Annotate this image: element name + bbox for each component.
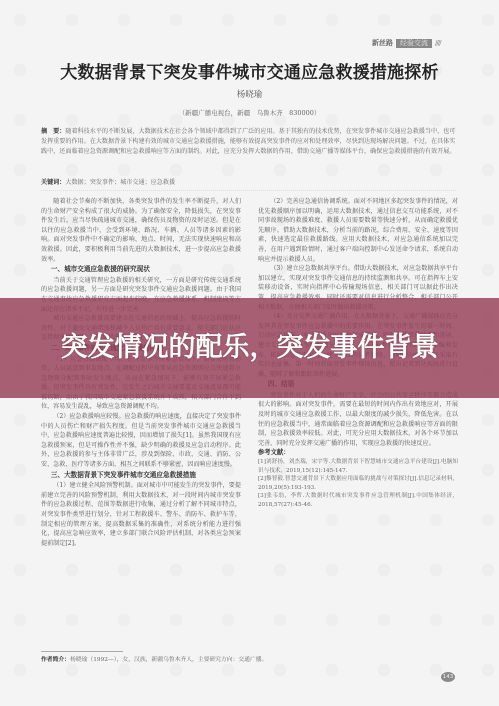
keywords: 关键词：大数据；突发事件；城市交通；应急救援 bbox=[41, 177, 456, 186]
footnote-text: 杨晓瑜（1992—），女，汉族，新疆乌鲁木齐人，主要研究方向：交通广播。 bbox=[70, 657, 267, 663]
paragraph: （2）应急救援响应较慢。应急救援的响应速度，直接决定了突发事件中的人员伤亡和财产… bbox=[41, 412, 241, 470]
footnote-divider bbox=[41, 651, 123, 652]
reference-item: [3]张韦翁，李哲.大数据时代城市突发事件应急管理机制[J].中国集体经济，20… bbox=[258, 492, 458, 509]
header-divider bbox=[41, 190, 456, 191]
article-title: 大数据背景下突发事件城市交通应急救援措施探析 bbox=[0, 58, 499, 83]
author-bio-footnote: 作者简介：杨晓瑜（1992—），女，汉族，新疆乌鲁木齐人，主要研究方向：交通广播… bbox=[41, 654, 461, 663]
abstract-label: 摘 要： bbox=[41, 128, 65, 135]
section-label: 经验交流 bbox=[396, 39, 432, 48]
banner-headline: 突发情况的配乐，突发事件背景 bbox=[40, 331, 460, 365]
abstract-text: 随着科技水平的不断发展，大数据技术在社会各个领域中都得到了广泛的应用。基于其独有… bbox=[41, 128, 455, 155]
footnote-label: 作者简介： bbox=[41, 657, 70, 663]
section-heading: 一、城市交通应急救援的研究现状 bbox=[41, 265, 241, 275]
references-heading: 参考文献： bbox=[258, 448, 458, 458]
abstract: 摘 要：随着科技水平的不断发展，大数据技术在社会各个领域中都得到了广泛的应用。基… bbox=[41, 127, 456, 158]
paragraph: （1）建立健全风险预警机制。面对城市中可能发生的突发事件，要提前建立完善的风险预… bbox=[41, 481, 241, 548]
journal-section-badge: 新丝路 经验交流 //// bbox=[372, 38, 440, 48]
keywords-text: 大数据；突发事件；城市交通；应急救援 bbox=[65, 179, 175, 186]
section-heading: 三、大数据背景下突发事件城市交通应急救援措施 bbox=[41, 471, 241, 481]
article-author: 杨晓瑜 bbox=[0, 88, 499, 100]
headline-banner-overlay: 突发情况的配乐，突发事件背景 bbox=[0, 298, 499, 398]
reference-item: [1]刘舒扬，刘杰瑞，宋宇等.大数据背景下智慧城市交通应急平台建设[J].电脑知… bbox=[258, 458, 458, 475]
page-number: 143 bbox=[441, 672, 455, 682]
decorative-stripes-icon: //// bbox=[435, 39, 440, 47]
author-affiliation: （新疆广播电视台，新疆 乌鲁木齐 830000） bbox=[0, 108, 499, 117]
keywords-label: 关键词： bbox=[41, 179, 65, 186]
paper-page: 新丝路 经验交流 //// 大数据背景下突发事件城市交通应急救援措施探析 杨晓瑜… bbox=[0, 0, 499, 706]
paragraph: （2）完善应急通信协调系统。面对不同地区多起突发事件的情况，对优先救援顺序加以明… bbox=[258, 197, 458, 264]
paragraph: 随着社会节奏的不断加快，各类突发事件的发生率不断提升，对人们的生命财产安全构成了… bbox=[41, 197, 241, 264]
paragraph: 突发事件对于人们的生命财产安全、社会的公共安全秩序等都会造成很大的影响。面对突发… bbox=[258, 391, 458, 449]
reference-item: [2]黎智毅.智慧交通背景下大数据应用面临的挑战与对策探讨[J].信息记录材料，… bbox=[258, 475, 458, 492]
journal-name: 新丝路 bbox=[372, 38, 393, 48]
